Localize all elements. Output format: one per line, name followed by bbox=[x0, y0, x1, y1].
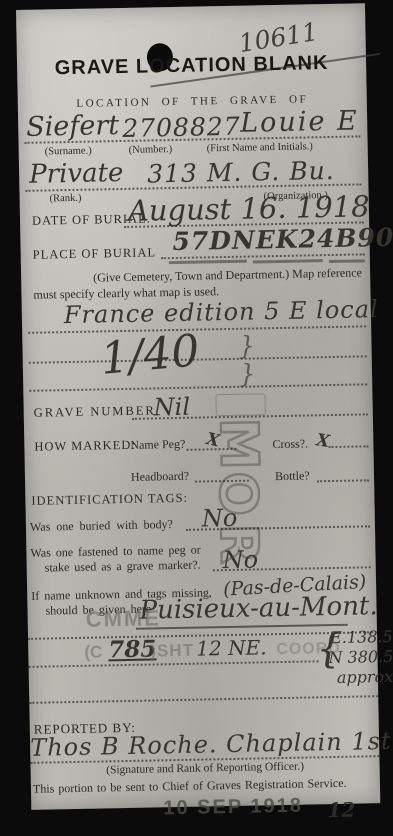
place-name-value: Puisieux-au-Mont. bbox=[139, 591, 378, 626]
bottle-dotted bbox=[317, 479, 369, 482]
form-title: GRAVE LOCATION BLANK bbox=[17, 51, 366, 81]
coord-open-stamp: (C bbox=[84, 642, 102, 662]
map-reference-value: France edition 5 E local bbox=[64, 295, 379, 329]
first-name-label: (First Name and Initials.) bbox=[207, 141, 313, 154]
cross-dotted bbox=[328, 445, 368, 448]
cross-label: Cross?. bbox=[272, 436, 308, 452]
fastened-question-line2: stake used as a grave marker?. bbox=[45, 558, 201, 576]
coord-dotted-line-mid bbox=[29, 660, 319, 668]
name-peg-label: Name Peg? bbox=[130, 437, 185, 453]
coord-northing-value: N 380.5 bbox=[328, 647, 393, 667]
place-underline-2 bbox=[253, 259, 323, 263]
map-dotted-line-3 bbox=[29, 383, 367, 391]
sheet-label-stamp: )SHT bbox=[150, 641, 194, 662]
headboard-label: Headboard? bbox=[131, 469, 189, 485]
grave-location-form-card: 10611 GRAVE LOCATION BLANK LOCATION OF T… bbox=[16, 3, 380, 810]
number-label: (Number.) bbox=[129, 144, 173, 156]
place-underline-1 bbox=[169, 260, 247, 264]
instruction-text: This portion to be sent to Chief of Grav… bbox=[33, 776, 347, 797]
cross-x-mark: X bbox=[315, 430, 331, 452]
place-of-burial-value: 57DNEK24B9035 bbox=[172, 222, 393, 256]
coord-easting-value: E.138.5 bbox=[330, 627, 393, 647]
bottle-label: Bottle? bbox=[275, 468, 310, 484]
page-number: 12 bbox=[327, 798, 355, 823]
rank-label: (Rank.) bbox=[50, 193, 82, 205]
map-scale-value: 1/40 bbox=[99, 325, 202, 385]
sheet-number-value: 785 bbox=[108, 635, 157, 663]
vertical-stamp-letter-m: M bbox=[212, 417, 265, 470]
identification-tags-label: IDENTIFICATION TAGS: bbox=[31, 491, 188, 509]
surname-label: (Surname.) bbox=[45, 146, 92, 158]
coord-approx-note: approx bbox=[337, 667, 393, 687]
buried-with-body-question: Was one buried with body? bbox=[30, 517, 173, 535]
cmme-stamp: CMME bbox=[85, 605, 161, 632]
rank-value: Private bbox=[29, 158, 124, 190]
surname-value: Siefert bbox=[26, 110, 119, 143]
how-marked-label: HOW MARKED: bbox=[34, 438, 136, 455]
first-name-value: Louie E bbox=[240, 105, 359, 138]
sheet-value: 12 NE. bbox=[196, 635, 267, 660]
place-underline-3 bbox=[329, 259, 365, 263]
place-of-burial-label: PLACE OF BURIAL bbox=[33, 245, 157, 262]
date-received-stamp: 10 SEP 1918 bbox=[163, 795, 303, 821]
faint-stamp-box bbox=[215, 393, 265, 416]
coord-dotted-line-bottom bbox=[29, 695, 378, 704]
cemetery-note-line1: (Give Cemetery, Town and Department.) Ma… bbox=[93, 265, 362, 285]
